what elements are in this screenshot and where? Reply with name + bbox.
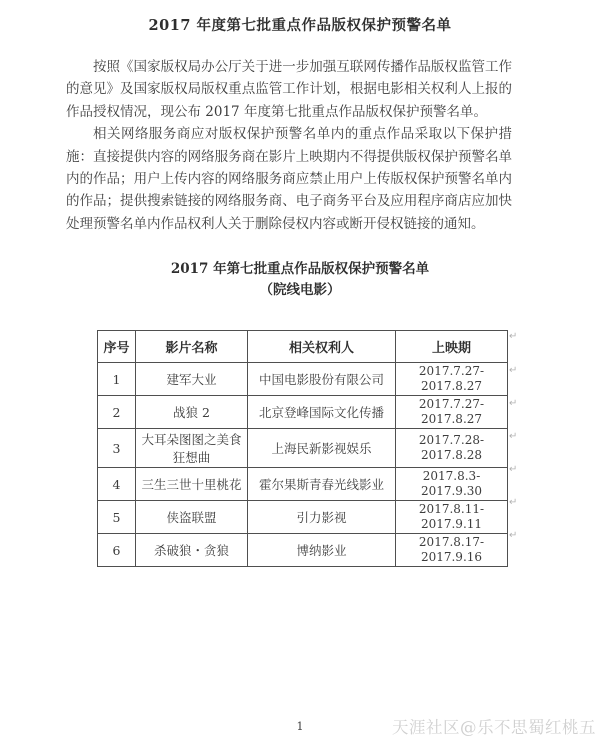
cell-rights-holder: 引力影视 [248, 501, 396, 534]
cell-rights-holder: 中国电影股份有限公司 [248, 363, 396, 396]
cell-no: 5 [98, 501, 136, 534]
release-end: 2017.9.30 [398, 484, 505, 499]
warning-list-table: 序号 影片名称 相关权利人 上映期 1 建军大业 中国电影股份有限公司 2017… [97, 330, 508, 567]
watermark-text: 天涯社区@乐不思蜀红桃五 [392, 714, 596, 738]
cell-movie-title: 大耳朵图图之美食狂想曲 [136, 429, 248, 468]
cell-release-period: 2017.8.3- 2017.9.30 [396, 468, 508, 501]
cell-no: 3 [98, 429, 136, 468]
cell-movie-title: 三生三世十里桃花 [136, 468, 248, 501]
linebreak-mark-icon: ↵ [509, 332, 517, 342]
release-start: 2017.7.27- [398, 397, 505, 412]
release-start: 2017.8.3- [398, 469, 505, 484]
cell-release-period: 2017.7.27- 2017.8.27 [396, 363, 508, 396]
table-row: 2 战狼 2 北京登峰国际文化传播 2017.7.27- 2017.8.27 [98, 396, 508, 429]
document-page: 2017 年度第七批重点作品版权保护预警名单 按照《国家版权局办公厅关于进一步加… [0, 0, 600, 748]
linebreak-mark-icon: ↵ [509, 399, 517, 409]
linebreak-mark-icon: ↵ [509, 366, 517, 376]
cell-release-period: 2017.8.17- 2017.9.16 [396, 534, 508, 567]
cell-movie-title: 战狼 2 [136, 396, 248, 429]
release-end: 2017.8.28 [398, 448, 505, 463]
document-title: 2017 年度第七批重点作品版权保护预警名单 [0, 14, 600, 35]
linebreak-mark-icon: ↵ [509, 465, 517, 475]
release-end: 2017.9.11 [398, 517, 505, 532]
table-row: 5 侠盗联盟 引力影视 2017.8.11- 2017.9.11 [98, 501, 508, 534]
cell-movie-title: 杀破狼・贪狼 [136, 534, 248, 567]
cell-rights-holder: 北京登峰国际文化传播 [248, 396, 396, 429]
cell-release-period: 2017.7.28- 2017.8.28 [396, 429, 508, 468]
cell-no: 4 [98, 468, 136, 501]
header-rights-holder: 相关权利人 [248, 331, 396, 363]
cell-rights-holder: 霍尔果斯青春光线影业 [248, 468, 396, 501]
cell-release-period: 2017.8.11- 2017.9.11 [396, 501, 508, 534]
body-paragraphs: 按照《国家版权局办公厅关于进一步加强互联网传播作品版权监管工作的意见》及国家版权… [66, 56, 512, 235]
linebreak-mark-icon: ↵ [509, 531, 517, 541]
table-header-row: 序号 影片名称 相关权利人 上映期 [98, 331, 508, 363]
linebreak-mark-icon: ↵ [509, 432, 517, 442]
table-row: 3 大耳朵图图之美食狂想曲 上海民新影视娱乐 2017.7.28- 2017.8… [98, 429, 508, 468]
header-movie-title: 影片名称 [136, 331, 248, 363]
cell-rights-holder: 上海民新影视娱乐 [248, 429, 396, 468]
cell-release-period: 2017.7.27- 2017.8.27 [396, 396, 508, 429]
linebreak-mark-icon: ↵ [509, 498, 517, 508]
release-end: 2017.8.27 [398, 412, 505, 427]
table-row: 1 建军大业 中国电影股份有限公司 2017.7.27- 2017.8.27 [98, 363, 508, 396]
cell-no: 2 [98, 396, 136, 429]
release-start: 2017.7.28- [398, 433, 505, 448]
release-start: 2017.8.17- [398, 535, 505, 550]
cell-movie-title: 建军大业 [136, 363, 248, 396]
release-end: 2017.8.27 [398, 379, 505, 394]
header-release-period: 上映期 [396, 331, 508, 363]
cell-no: 1 [98, 363, 136, 396]
cell-rights-holder: 博纳影业 [248, 534, 396, 567]
table-row: 4 三生三世十里桃花 霍尔果斯青春光线影业 2017.8.3- 2017.9.3… [98, 468, 508, 501]
cell-no: 6 [98, 534, 136, 567]
subtitle-line2: （院线电影） [0, 280, 600, 301]
release-start: 2017.7.27- [398, 364, 505, 379]
cell-movie-title: 侠盗联盟 [136, 501, 248, 534]
table-row: 6 杀破狼・贪狼 博纳影业 2017.8.17- 2017.9.16 [98, 534, 508, 567]
header-no: 序号 [98, 331, 136, 363]
paragraph-measures: 相关网络服务商应对版权保护预警名单内的重点作品采取以下保护措施：直接提供内容的网… [66, 123, 512, 235]
subtitle-line1: 2017 年第七批重点作品版权保护预警名单 [0, 259, 600, 280]
release-start: 2017.8.11- [398, 502, 505, 517]
list-subtitle: 2017 年第七批重点作品版权保护预警名单 （院线电影） [0, 259, 600, 301]
paragraph-intro: 按照《国家版权局办公厅关于进一步加强互联网传播作品版权监管工作的意见》及国家版权… [66, 56, 512, 123]
release-end: 2017.9.16 [398, 550, 505, 565]
